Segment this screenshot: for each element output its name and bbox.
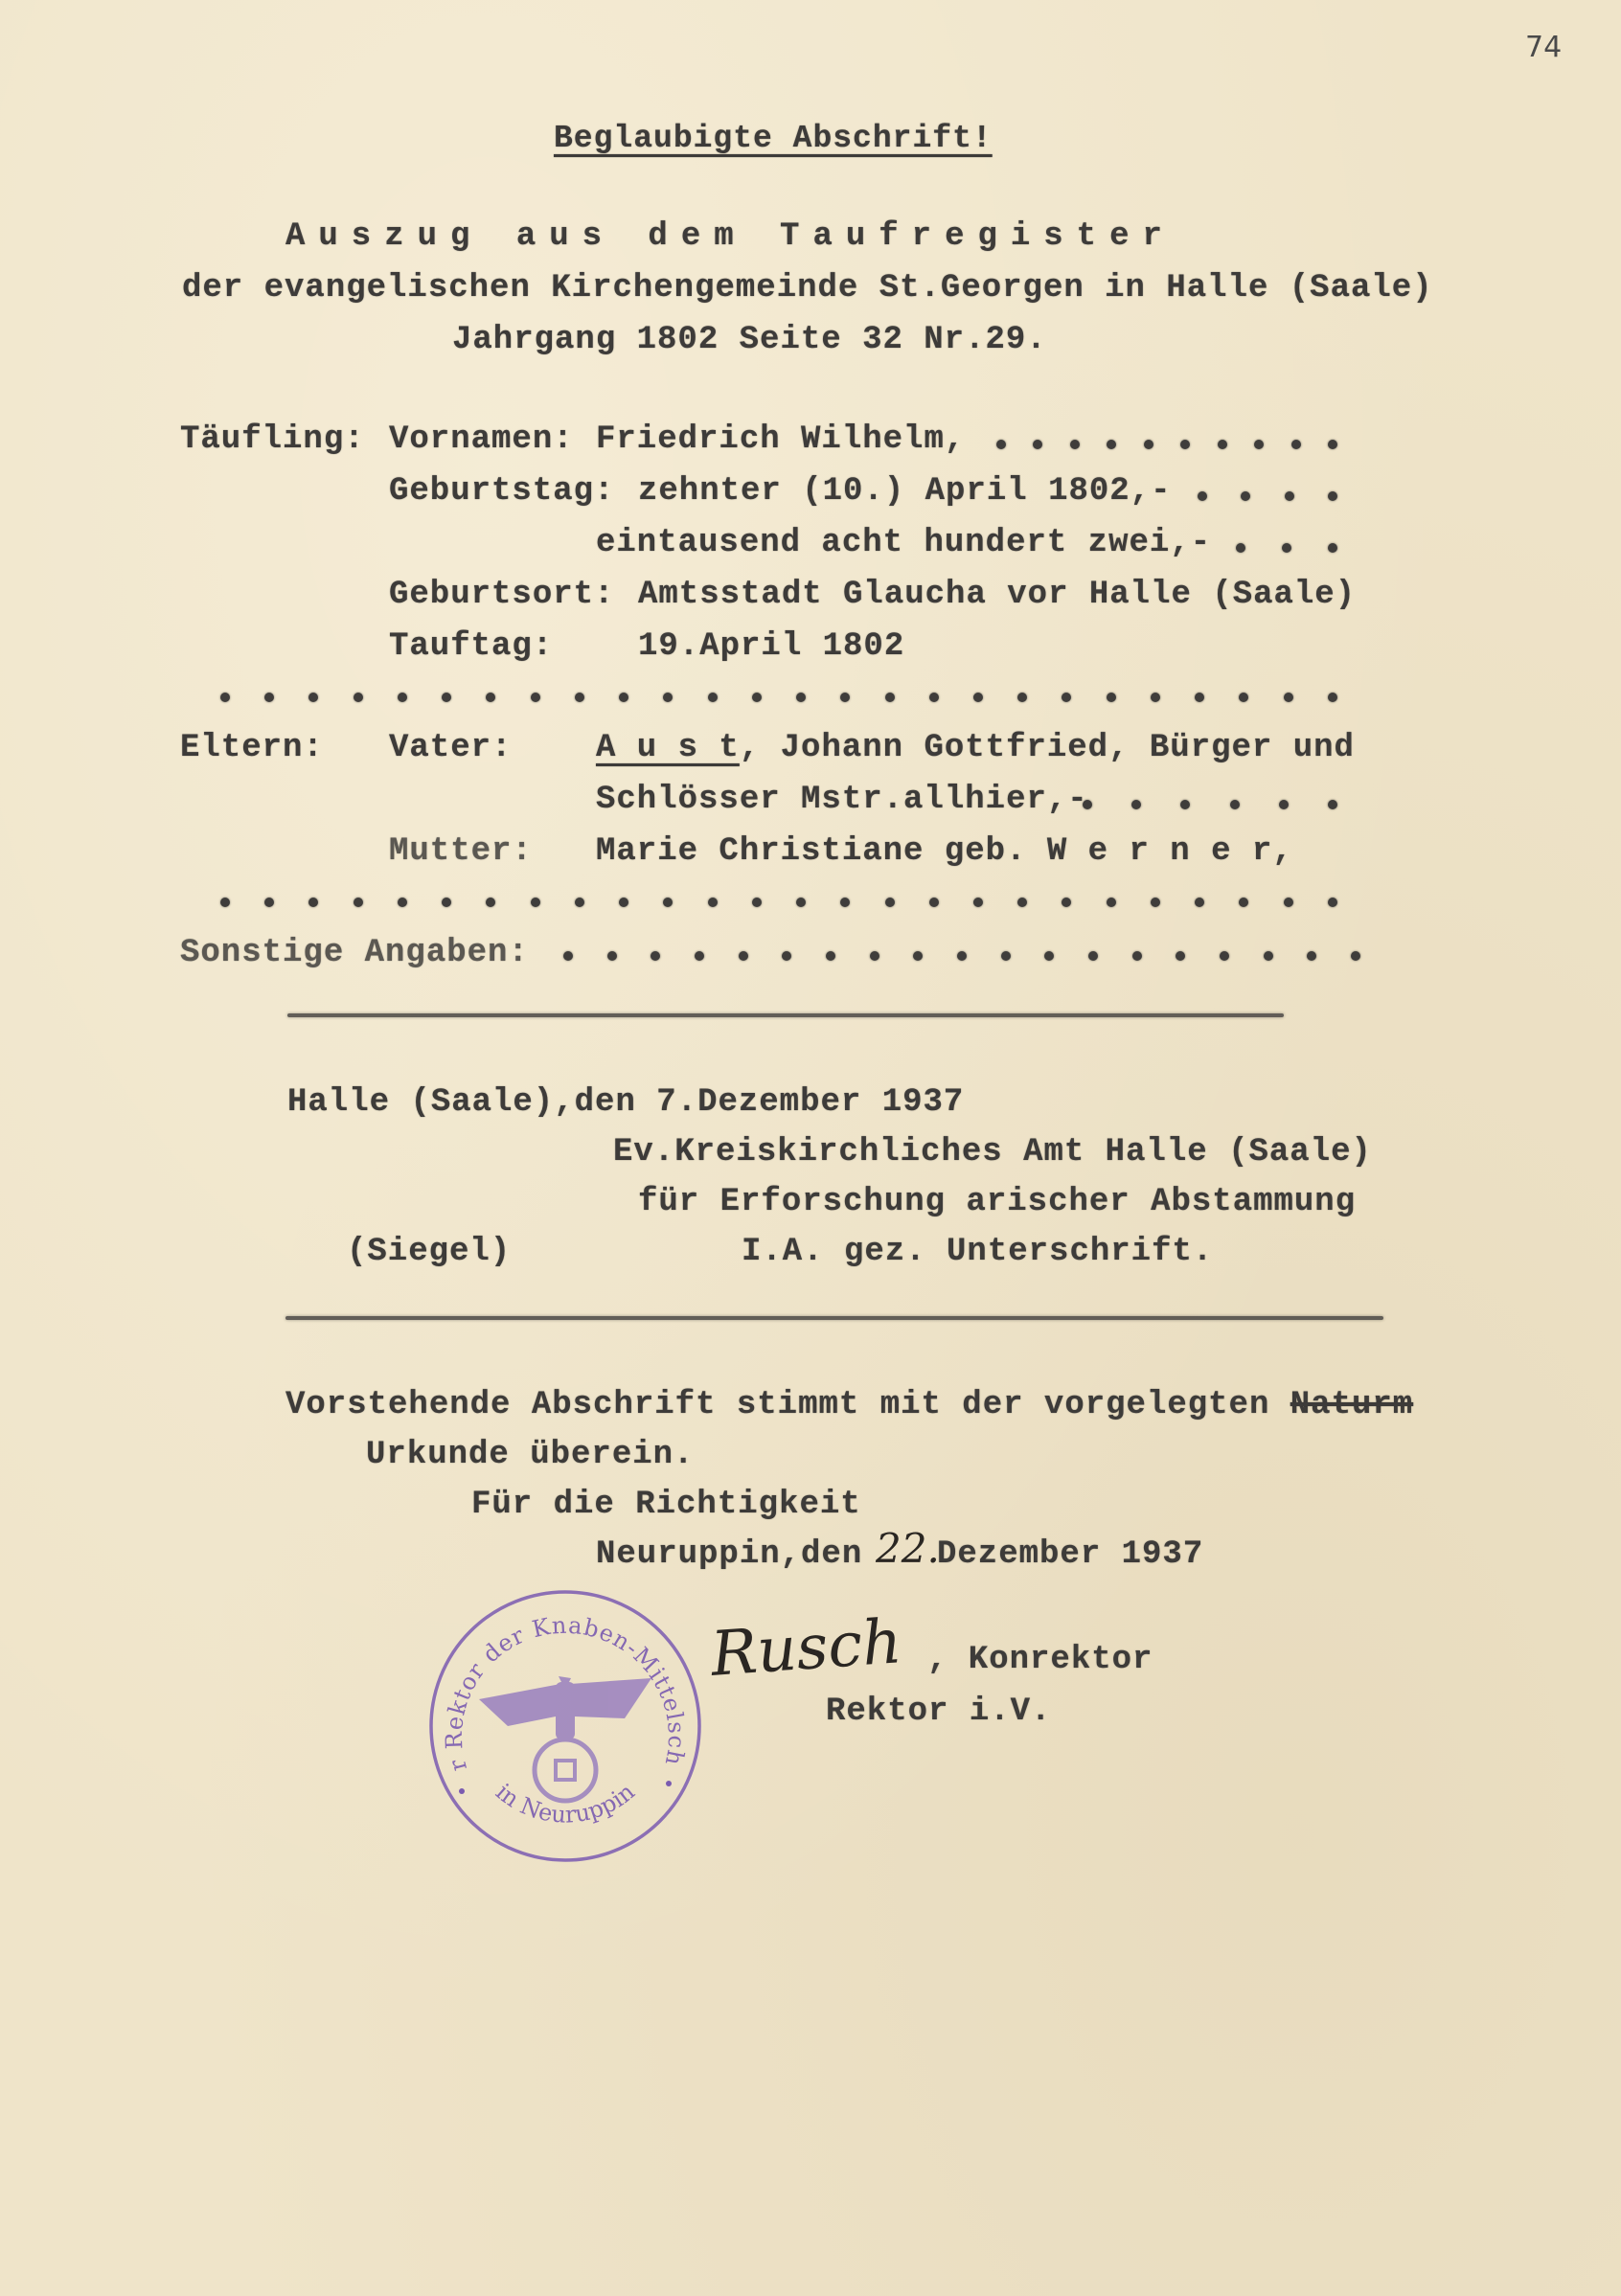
father-occupation: Schlösser Mstr.allhier,-	[596, 782, 1088, 818]
parents-label: Eltern:	[180, 730, 324, 766]
firstnames-value: Friedrich Wilhelm,	[596, 421, 965, 458]
attestation-line-1: Vorstehende Abschrift stimmt mit der vor…	[285, 1387, 1413, 1423]
attestation-text: Vorstehende Abschrift stimmt mit der vor…	[285, 1387, 1269, 1423]
father-label: Vater:	[389, 730, 512, 766]
father-details: , Johann Gottfried, Bürger und	[740, 730, 1355, 766]
filler-dots	[1083, 799, 1337, 810]
filler-dots	[996, 439, 1337, 450]
filler-dots	[1236, 542, 1337, 554]
birthday-in-words: eintausend acht hundert zwei,-	[596, 525, 1211, 561]
firstnames-label: Vornamen:	[389, 421, 574, 458]
title-line-3: Jahrgang 1802 Seite 32 Nr.29.	[452, 322, 1047, 358]
horizontal-rule	[287, 1013, 1284, 1017]
document-heading: Beglaubigte Abschrift!	[554, 121, 993, 156]
handwritten-signature: Rusch	[709, 1606, 904, 1691]
handwritten-day: 22.	[876, 1525, 940, 1572]
signature-note: I.A. gez. Unterschrift.	[742, 1234, 1213, 1270]
separator-dots	[220, 897, 1337, 908]
issuing-office-line-1: Ev.Kreiskirchliches Amt Halle (Saale)	[613, 1134, 1372, 1171]
filler-dots	[1198, 490, 1337, 502]
svg-text:in Neuruppin: in Neuruppin	[491, 1778, 640, 1828]
father-surname: A u s t	[596, 730, 740, 766]
attestation-month-year: Dezember 1937	[937, 1536, 1203, 1573]
attestation-place: Neuruppin,den	[596, 1536, 862, 1573]
stamp-top-text: Der Rektor der Knaben-Mittelschule	[422, 1582, 690, 1774]
other-info-label: Sonstige Angaben:	[180, 935, 529, 971]
official-stamp-icon: Der Rektor der Knaben-Mittelschule in Ne…	[422, 1582, 709, 1870]
horizontal-rule	[285, 1316, 1383, 1320]
issuing-office-line-2: für Erforschung arischer Abstammung	[638, 1184, 1356, 1220]
stamp-bottom-text: in Neuruppin	[491, 1778, 640, 1828]
mother-label: Mutter:	[389, 833, 533, 870]
separator-dots	[220, 692, 1337, 703]
title-line-2: der evangelischen Kirchengemeinde St.Geo…	[182, 270, 1433, 307]
birthplace-label: Geburtsort:	[389, 577, 614, 613]
signer-title-2: Rektor i.V.	[826, 1694, 1051, 1730]
attestation-line-2: Urkunde überein.	[366, 1437, 694, 1473]
birthday-value: zehnter (10.) April 1802,-	[638, 473, 1172, 510]
birthday-label: Geburtstag:	[389, 473, 614, 510]
attestation-line-3: Für die Richtigkeit	[471, 1487, 861, 1523]
father-value: A u s t, Johann Gottfried, Bürger und	[596, 730, 1355, 766]
filler-dots	[563, 950, 1360, 962]
seal-note: (Siegel)	[347, 1234, 511, 1270]
title-line-1: Auszug aus dem Taufregister	[285, 218, 1176, 255]
signer-title-1: , Konrektor	[927, 1642, 1153, 1678]
mother-value: Marie Christiane geb. W e r n e r,	[596, 833, 1293, 870]
baptized-label: Täufling:	[180, 421, 365, 458]
baptism-date-value: 19.April 1802	[638, 628, 904, 665]
baptism-date-label: Tauftag:	[389, 628, 553, 665]
page-number: 74	[1525, 31, 1562, 64]
birthplace-value: Amtsstadt Glaucha vor Halle (Saale)	[638, 577, 1356, 613]
issue-place-date: Halle (Saale),den 7.Dezember 1937	[287, 1084, 964, 1121]
struck-word: Naturm	[1290, 1387, 1413, 1423]
svg-text:Der Rektor der Knaben-Mittelsc: Der Rektor der Knaben-Mittelschule	[422, 1582, 690, 1774]
